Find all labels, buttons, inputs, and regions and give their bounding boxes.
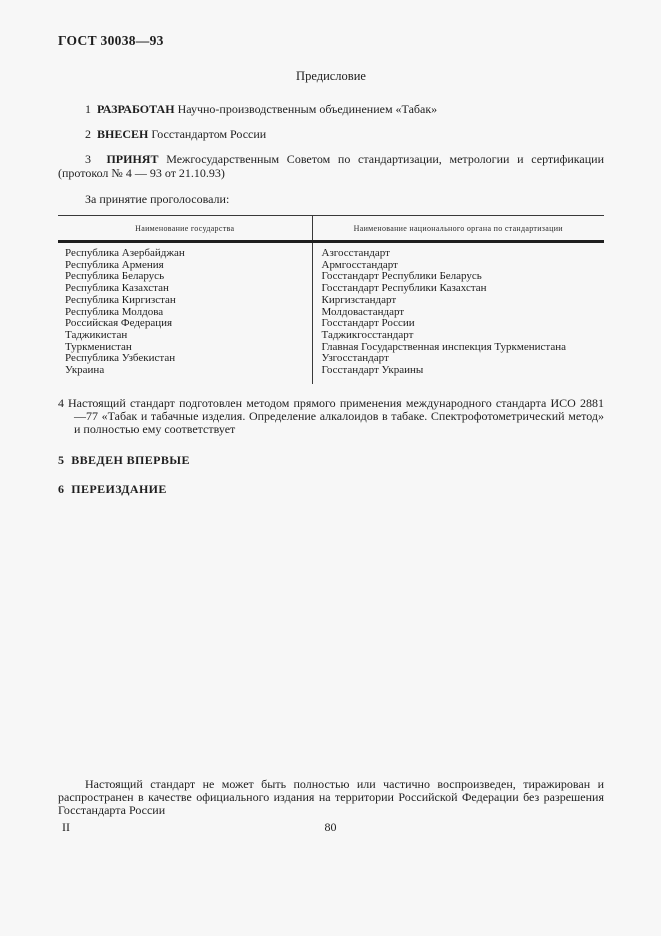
countries-table-body: Республика Азербайджан Азгосстандарт Рес… bbox=[58, 242, 604, 384]
item-keyword: РАЗРАБОТАН bbox=[97, 102, 175, 116]
copyright-note: Настоящий стандарт не может быть полност… bbox=[58, 778, 604, 818]
org-cell: Киргизстандарт bbox=[312, 295, 604, 307]
org-cell: Таджикгосстандарт bbox=[312, 330, 604, 342]
preface-item-5: 5 ВВЕДЕН ВПЕРВЫЕ bbox=[58, 453, 604, 468]
countries-table: Наименование государства Наименование на… bbox=[58, 215, 604, 384]
item-number: 1 bbox=[85, 102, 91, 116]
item-text: Госстандартом России bbox=[151, 127, 266, 141]
state-cell: Таджикистан bbox=[58, 330, 312, 342]
state-cell: Республика Азербайджан bbox=[58, 242, 312, 260]
item-number: 3 bbox=[85, 152, 91, 166]
preface-item-4: 4Настоящий стандарт подготовлен методом … bbox=[58, 397, 604, 437]
item-text: ВВЕДЕН ВПЕРВЫЕ bbox=[71, 453, 190, 467]
table-header-state: Наименование государства bbox=[58, 216, 312, 242]
countries-table-head: Наименование государства Наименование на… bbox=[58, 216, 604, 242]
item-text: Настоящий стандарт подготовлен методом п… bbox=[68, 396, 604, 436]
state-cell: Республика Киргизстан bbox=[58, 295, 312, 307]
item-number: 2 bbox=[85, 127, 91, 141]
table-row: Таджикистан Таджикгосстандарт bbox=[58, 330, 604, 342]
item-keyword: ВНЕСЕН bbox=[97, 127, 148, 141]
document-page: ГОСТ 30038—93 Предисловие 1 РАЗРАБОТАН Н… bbox=[0, 0, 661, 936]
page-title: Предисловие bbox=[58, 69, 604, 84]
item-keyword: ПРИНЯТ bbox=[106, 152, 158, 166]
table-row: Республика Киргизстан Киргизстандарт bbox=[58, 295, 604, 307]
page-footer: 80 II bbox=[0, 820, 661, 836]
vote-intro: За принятие проголосовали: bbox=[58, 193, 604, 206]
preface-item-2: 2 ВНЕСЕН Госстандартом России bbox=[58, 128, 604, 141]
table-row: Украина Госстандарт Украины bbox=[58, 365, 604, 384]
table-header-row: Наименование государства Наименование на… bbox=[58, 216, 604, 242]
table-row: Республика Азербайджан Азгосстандарт bbox=[58, 242, 604, 260]
item-number: 6 bbox=[58, 482, 64, 496]
item-text: Научно-производственным объединением «Та… bbox=[178, 102, 438, 116]
org-cell: Азгосстандарт bbox=[312, 242, 604, 260]
item-text: ПЕРЕИЗДАНИЕ bbox=[71, 482, 167, 496]
preface-item-6: 6 ПЕРЕИЗДАНИЕ bbox=[58, 482, 604, 497]
preface-item-3: 3 ПРИНЯТ Межгосударственным Советом по с… bbox=[58, 153, 604, 179]
roman-page-numeral: II bbox=[62, 820, 70, 835]
item-number: 4 bbox=[58, 396, 68, 410]
table-header-org: Наименование национального органа по ста… bbox=[312, 216, 604, 242]
item-number: 5 bbox=[58, 453, 64, 467]
org-cell: Госстандарт Украины bbox=[312, 365, 604, 384]
state-cell: Украина bbox=[58, 365, 312, 384]
doc-number: ГОСТ 30038—93 bbox=[58, 33, 604, 49]
page-number: 80 bbox=[0, 820, 661, 835]
preface-item-1: 1 РАЗРАБОТАН Научно-производственным объ… bbox=[58, 103, 604, 116]
